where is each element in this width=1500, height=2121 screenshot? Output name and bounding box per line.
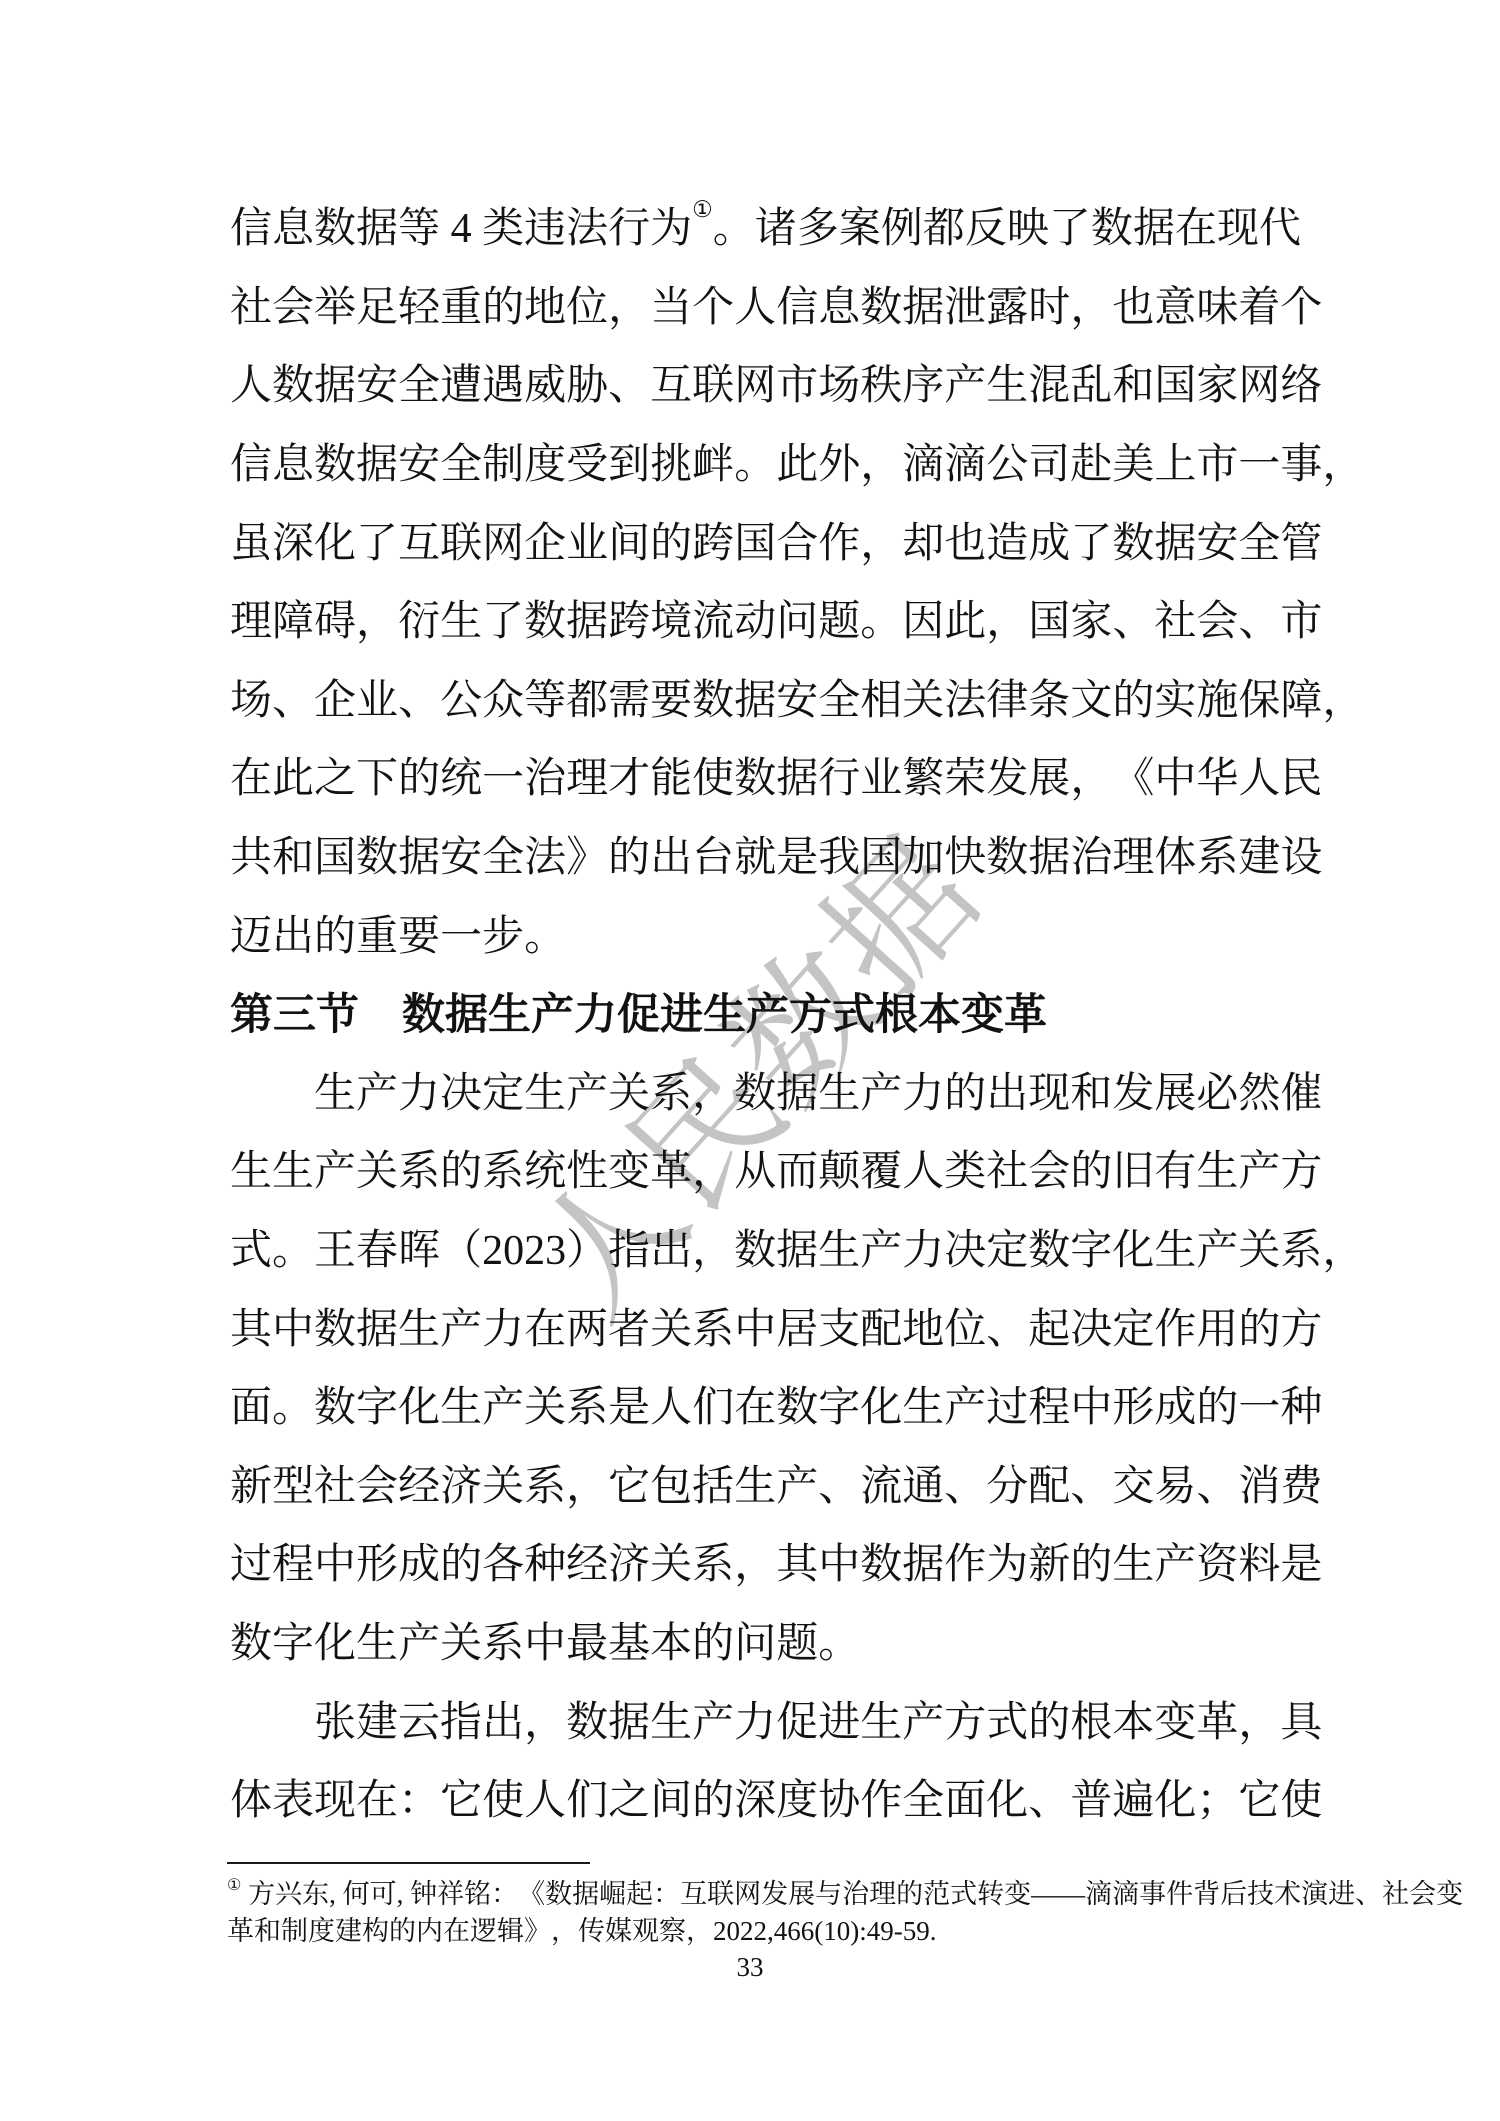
page-number: 33 <box>0 1952 1500 1983</box>
para1-line: 信息数据等 4 类违法行为①。诸多案例都反映了数据在现代 <box>230 190 1270 269</box>
para1-line: 共和国数据安全法》的出台就是我国加快数据治理体系建设 <box>230 819 1270 898</box>
para1-line: 迈出的重要一步。 <box>230 897 1270 976</box>
text-column: 信息数据等 4 类违法行为①。诸多案例都反映了数据在现代社会举足轻重的地位，当个… <box>230 190 1270 1840</box>
para2-line: 新型社会经济关系，它包括生产、流通、分配、交易、消费 <box>230 1448 1270 1527</box>
para2-line: 其中数据生产力在两者关系中居支配地位、起决定作用的方 <box>230 1290 1270 1369</box>
footnote-reference-mark: ① <box>227 1878 241 1894</box>
para1-line: 场、企业、公众等都需要数据安全相关法律条文的实施保障， <box>230 662 1270 741</box>
para1-line: 信息数据安全制度受到挑衅。此外，滴滴公司赴美上市一事， <box>230 426 1270 505</box>
para1-line: 社会举足轻重的地位，当个人信息数据泄露时，也意味着个 <box>230 269 1270 348</box>
para1-line: 虽深化了互联网企业间的跨国合作，却也造成了数据安全管 <box>230 504 1270 583</box>
footnote-line: ① 方兴东, 何可, 钟祥铭：《数据崛起：互联网发展与治理的范式转变——滴滴事件… <box>227 1876 1272 1913</box>
footnote: ① 方兴东, 何可, 钟祥铭：《数据崛起：互联网发展与治理的范式转变——滴滴事件… <box>227 1876 1272 1950</box>
para2-line: 面。数字化生产关系是人们在数字化生产过程中形成的一种 <box>230 1369 1270 1448</box>
section-heading: 第三节 数据生产力促进生产方式根本变革 <box>230 976 1270 1055</box>
para2-line: 生生产关系的系统性变革，从而颠覆人类社会的旧有生产方 <box>230 1133 1270 1212</box>
footnote-line: 革和制度建构的内在逻辑》，传媒观察，2022,466(10):49-59. <box>227 1913 1272 1950</box>
footnote-separator <box>227 1862 590 1864</box>
para1-line: 在此之下的统一治理才能使数据行业繁荣发展，《中华人民 <box>230 740 1270 819</box>
para1-line: 理障碍，衍生了数据跨境流动问题。因此，国家、社会、市 <box>230 583 1270 662</box>
para2-line: 数字化生产关系中最基本的问题。 <box>230 1605 1270 1684</box>
footnote-reference-mark: ① <box>692 198 713 221</box>
para3-line: 张建云指出，数据生产力促进生产方式的根本变革，具 <box>230 1683 1270 1762</box>
para2-line: 生产力决定生产关系，数据生产力的出现和发展必然催 <box>230 1055 1270 1134</box>
para1-line: 人数据安全遭遇威胁、互联网市场秩序产生混乱和国家网络 <box>230 347 1270 426</box>
para3-line: 体表现在：它使人们之间的深度协作全面化、普遍化；它使 <box>230 1762 1270 1841</box>
para2-line: 过程中形成的各种经济关系，其中数据作为新的生产资料是 <box>230 1526 1270 1605</box>
document-page: 人民数据 信息数据等 4 类违法行为①。诸多案例都反映了数据在现代社会举足轻重的… <box>0 0 1500 2121</box>
para2-line: 式。王春晖（2023）指出，数据生产力决定数字化生产关系， <box>230 1212 1270 1291</box>
